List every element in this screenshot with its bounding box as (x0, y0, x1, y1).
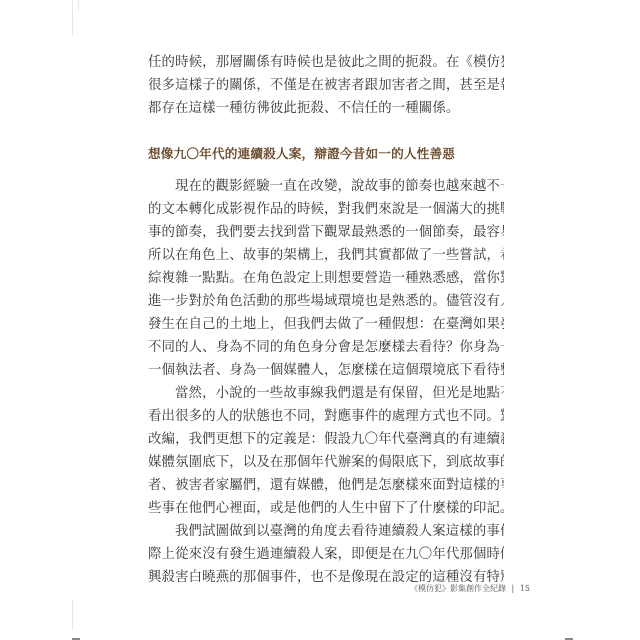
text-line: 發生在自己的土地上，但我們去做了一種假想：在臺灣如果發生了這樣的事件， (148, 313, 504, 336)
body-paragraph-3: 我們試圖做到以臺灣的角度去看待連續殺人案這樣的事件，因為臺灣實 際上從來沒有發生… (148, 520, 504, 589)
text-line: 不同的人、身為不同的角色身分會是怎麼樣去看待？你身為一個父母親、身為 (148, 336, 504, 359)
text-line: 很多這樣子的關係，不僅是在被害者跟加害者之間，甚至是執法者跟媒體之間， (148, 74, 504, 97)
text-line: 際上從來沒有發生過連續殺人案，即便是在九〇年代那個時候，很轟動的陳進 (148, 543, 504, 566)
section-heading: 想像九〇年代的連續殺人案，辯證今昔如一的人性善惡 (148, 143, 455, 162)
text-line: 綜複雜一點點。在角色設定上則想要營造一種熟悉感，當你對角色熟悉，當然 (148, 267, 504, 290)
running-title: 《模仿犯》影集創作全紀錄 (410, 584, 506, 593)
text-line: 進一步對於角色活動的那些場域環境也是熟悉的。儘管沒有人希望連續殺人案 (148, 290, 504, 313)
crop-mark-top-left (72, 0, 73, 36)
book-page: 任的時候，那層關係有時候也是彼此之間的扼殺。在《模仿犯》劇裡，存在了 很多這樣子… (0, 0, 640, 640)
text-line: 的文本轉化成影視作品的時候，對我們來說是一個滿大的挑戰。第一個是說故 (148, 198, 504, 221)
text-line: 我們試圖做到以臺灣的角度去看待連續殺人案這樣的事件，因為臺灣實 (148, 520, 504, 543)
text-line: 當然，小說的一些故事線我們還是有保留，但光是地點不同，其實就可以 (148, 382, 504, 405)
crop-mark-top-left-2 (78, 0, 79, 10)
text-line: 看出很多的人的狀態也不同，對應事件的處理方式也不同。對於《模仿犯》的 (148, 405, 504, 428)
body-paragraph-2: 當然，小說的一些故事線我們還是有保留，但光是地點不同，其實就可以 看出很多的人的… (148, 382, 504, 520)
page-footer: 《模仿犯》影集創作全紀錄 | 15 (410, 583, 530, 594)
footer-separator: | (512, 584, 515, 593)
page-number: 15 (520, 584, 530, 593)
text-line: 改編，我們更想下的定義是：假設九〇年代臺灣真的有連續殺人案，在那樣的 (148, 428, 504, 451)
text-line: 事的節奏，我們要去找到當下觀眾最熟悉的一個節奏，最容易吸收的一種方式， (148, 221, 504, 244)
text-line: 一個執法者、身為一個媒體人，怎麼樣在這個環境底下看待整個事件的發展？ (148, 359, 504, 382)
text-line: 任的時候，那層關係有時候也是彼此之間的扼殺。在《模仿犯》劇裡，存在了 (148, 51, 504, 74)
crop-mark-bottom-left (72, 600, 73, 630)
top-paragraph: 任的時候，那層關係有時候也是彼此之間的扼殺。在《模仿犯》劇裡，存在了 很多這樣子… (148, 51, 504, 120)
text-line: 些事在他們心裡面，或是他們的人生中留下了什麼樣的印記。 (148, 497, 504, 520)
text-line: 所以在角色上、故事的架構上，我們其實都做了一些嘗試，希望它可以再更錯 (148, 244, 504, 267)
text-line: 現在的觀影經驗一直在改變，說故事的節奏也越來越不一樣，所以當小說 (148, 175, 504, 198)
text-line: 都存在這樣一種彷彿彼此扼殺、不信任的一種關係。 (148, 97, 504, 120)
text-line: 者、被害者家屬們，還有媒體，他們是怎麼樣來面對這樣的事情發生，然後這 (148, 474, 504, 497)
body-paragraph-1: 現在的觀影經驗一直在改變，說故事的節奏也越來越不一樣，所以當小說 的文本轉化成影… (148, 175, 504, 382)
text-line: 媒體氛圍底下，以及在那個年代辦案的侷限底下，到底故事的主角、這些被害 (148, 451, 504, 474)
